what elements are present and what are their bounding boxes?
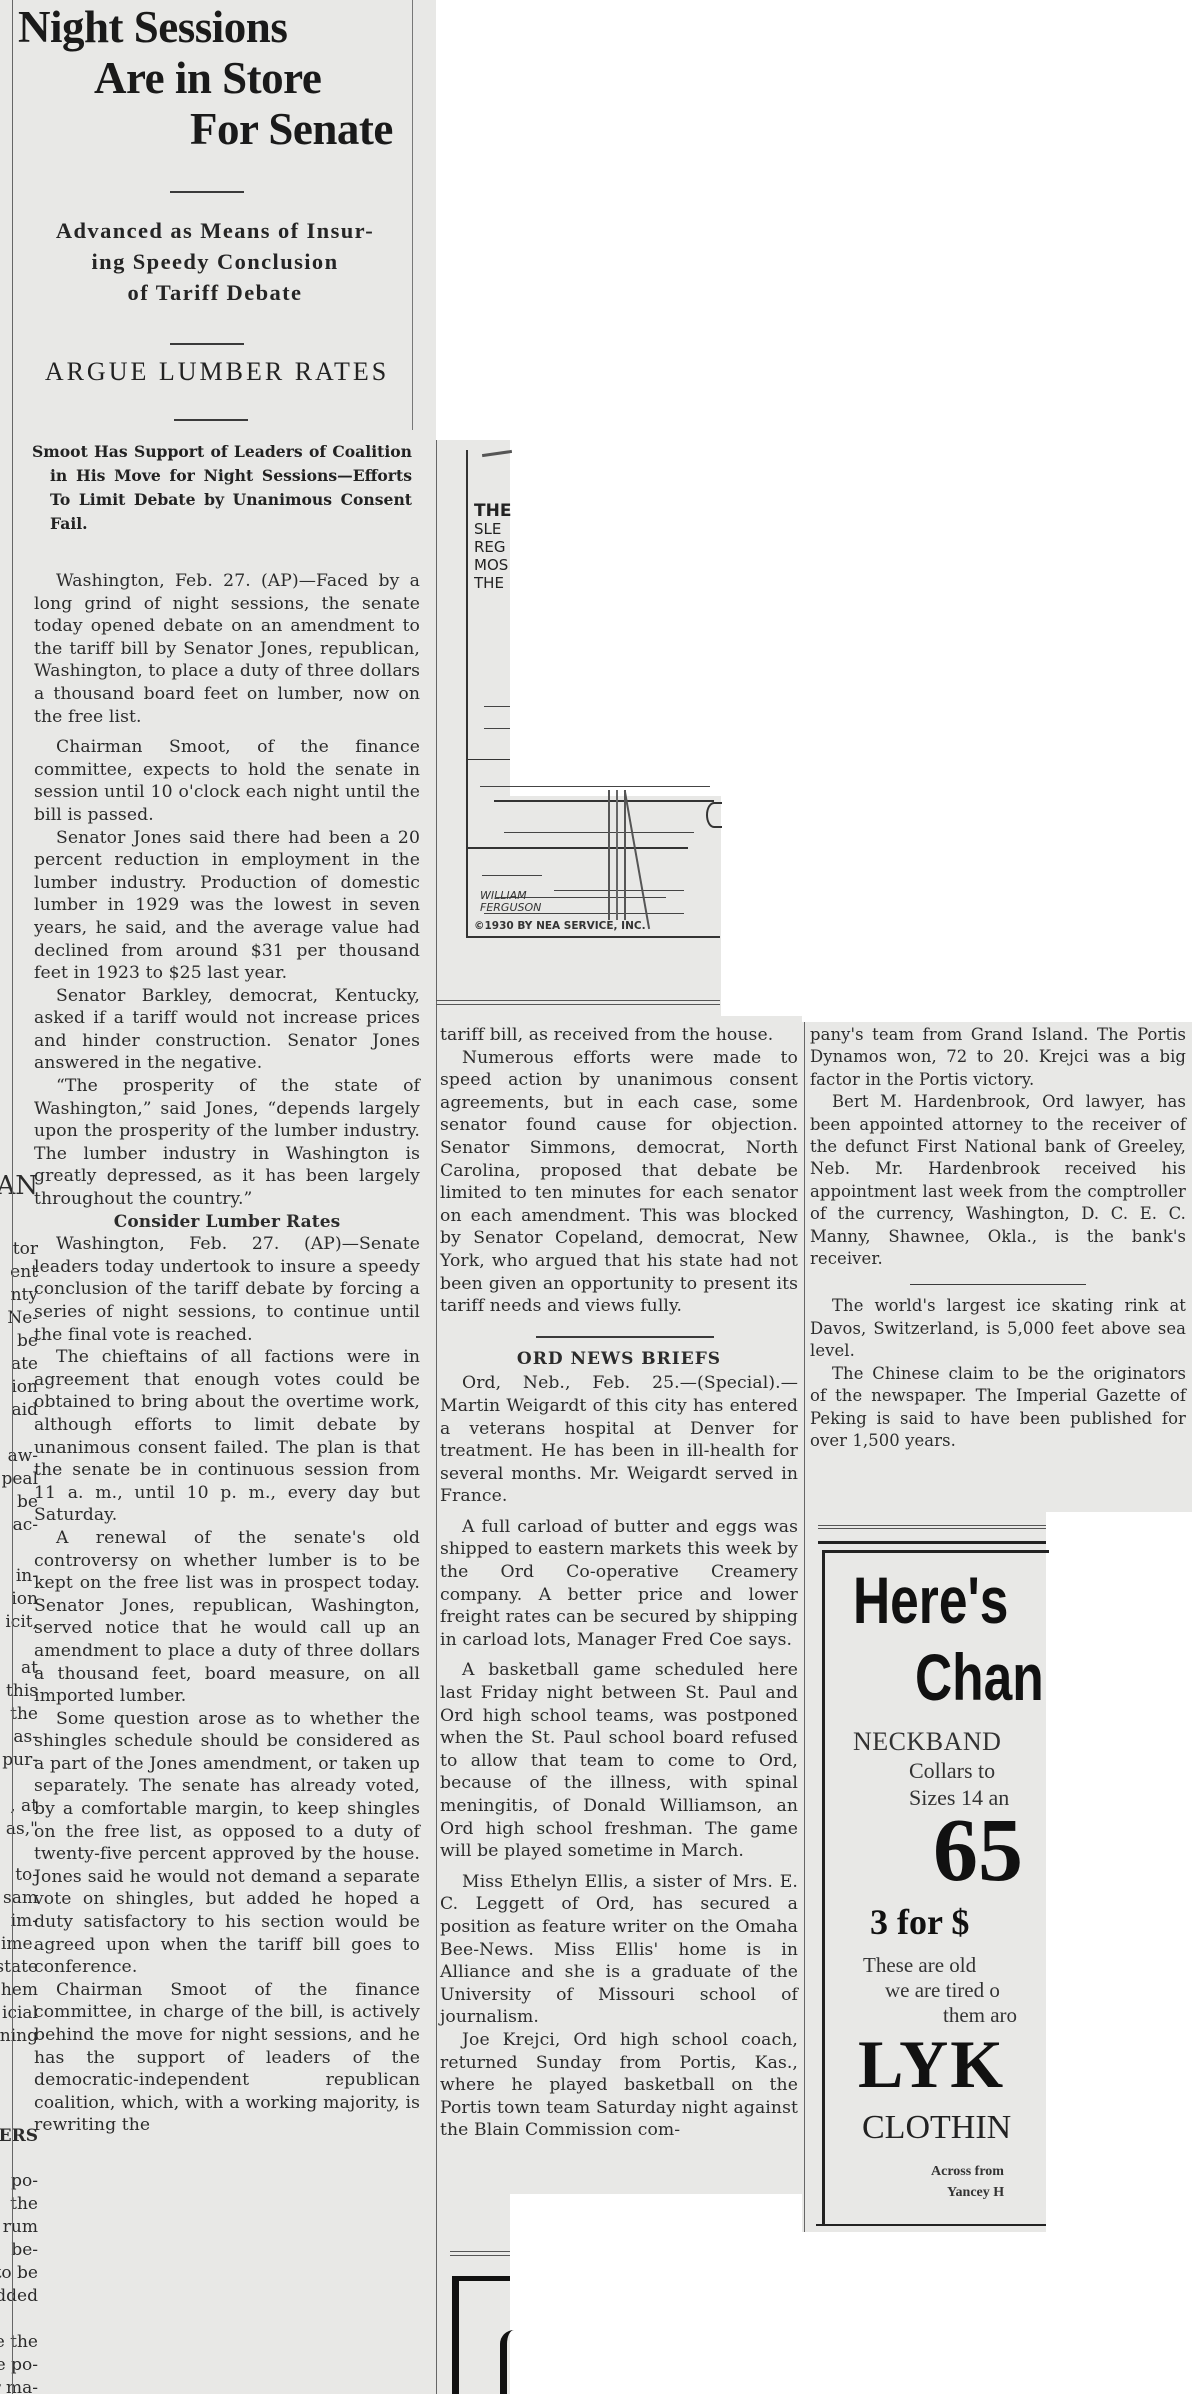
paragraph: Senator Barkley, democrat, Kentucky, ask…	[34, 985, 420, 1075]
cartoon-caption-line: THE	[474, 574, 514, 592]
ad-line-neckband: NECKBAND	[853, 1727, 1001, 1757]
bottom-double-rule	[450, 2255, 510, 2256]
ad-bottom-rule	[816, 2224, 1046, 2226]
paragraph: A renewal of the senate's old controvers…	[34, 1527, 420, 1708]
cartoon-caption: THE SLE REG MOS THE	[474, 502, 514, 592]
fragment-line: rum	[3, 2216, 38, 2238]
deck-line: Advanced as Means of Insur-	[20, 215, 410, 246]
paragraph: The chieftains of all factions were in a…	[34, 1346, 420, 1527]
news-brief: Joe Krejci, Ord high school coach, retur…	[440, 2029, 798, 2142]
column-rule-right	[804, 1022, 805, 2232]
paragraph: Numerous efforts were made to speed acti…	[440, 1047, 798, 1318]
next-box-glyph	[500, 2330, 521, 2394]
ad-headline-2: Chan	[915, 1644, 1044, 1710]
ad-line-collars: Collars to	[909, 1758, 995, 1784]
cartoon-panel: THE SLE REG MOS THE WILLIAM FERGUSON ©19…	[444, 450, 720, 1013]
article-body: Washington, Feb. 27. (AP)—Faced by a lon…	[34, 570, 420, 2137]
fragment-line: be-	[11, 2239, 38, 2261]
news-brief: Miss Ethelyn Ellis, a sister of Mrs. E. …	[440, 1871, 798, 2029]
filler-divider	[910, 1284, 1086, 1285]
news-brief: Ord, Neb., Feb. 25.—(Special).—Martin We…	[440, 1372, 798, 1508]
ad-headline-1: Here's	[853, 1567, 1008, 1633]
ad-deal: 3 for $	[870, 1901, 969, 1943]
cartoon-caption-line: REG	[474, 538, 514, 556]
caption-divider	[174, 419, 248, 421]
deck-line: of Tariff Debate	[20, 277, 410, 308]
ad-brand-2: CLOTHIN	[862, 2109, 1011, 2147]
paragraph: Washington, Feb. 27. (AP)—Faced by a lon…	[34, 570, 420, 728]
middle-column: tariff bill, as received from the house.…	[440, 1024, 798, 2142]
cartoon-double-rule	[436, 1004, 720, 1005]
advertisement: Here's Chan NECKBAND Collars to Sizes 14…	[822, 1550, 1049, 2225]
cartoon-border	[466, 450, 468, 937]
section-heading: ORD NEWS BRIEFS	[440, 1348, 798, 1371]
ad-double-rule	[818, 1528, 1046, 1529]
fragment-line: icial	[2, 2002, 38, 2024]
cartoon-copyright: ©1930 BY NEA SERVICE, INC.	[474, 920, 646, 932]
fragment-heading: AN	[0, 1175, 38, 1197]
news-brief: pany's team from Grand Island. The Porti…	[810, 1024, 1186, 1091]
cartoon-caption-line: MOS	[474, 556, 514, 574]
fragment-line: state	[0, 1956, 38, 1978]
news-brief: A full carload of butter and eggs was sh…	[440, 1516, 798, 1652]
ad-address-1: Across from	[931, 2164, 1004, 2180]
paragraph: Chairman Smoot of the finance committee,…	[34, 1979, 420, 2137]
cartoon-signature: WILLIAM FERGUSON	[480, 890, 550, 914]
deck: Advanced as Means of Insur- ing Speedy C…	[20, 215, 410, 308]
fragment-line: to be	[0, 2262, 38, 2284]
bottom-double-rule	[450, 2251, 510, 2252]
headline-divider	[170, 191, 244, 193]
cartoon-caption-line: SLE	[474, 520, 514, 538]
right-column: pany's team from Grand Island. The Porti…	[810, 1024, 1186, 1452]
fragment-line: peal	[1, 1468, 38, 1490]
cartoon-bottom-border	[466, 936, 720, 938]
fragment-line: the	[10, 2193, 38, 2215]
paragraph: Senator Jones said there had been a 20 p…	[34, 827, 420, 985]
paragraph: Washington, Feb. 27. (AP)—Senate leaders…	[34, 1233, 420, 1346]
deck-line: ing Speedy Conclusion	[20, 246, 410, 277]
paragraph: “The prosperity of the state of Washingt…	[34, 1075, 420, 1211]
news-brief: A basketball game scheduled here last Fr…	[440, 1659, 798, 1862]
sub-deck: Smoot Has Support of Leaders of Coalitio…	[32, 440, 412, 536]
fragment-line: added	[0, 2285, 38, 2307]
fragment-line: e the	[0, 2331, 38, 2353]
ad-top-rule	[818, 1541, 1046, 1544]
fragment-line: e po-	[0, 2354, 38, 2376]
ad-body-1: These are old	[863, 1953, 976, 1978]
filler-item: The world's largest ice skating rink at …	[810, 1295, 1186, 1362]
headline-line-2: Are in Store	[18, 53, 408, 104]
caption-head: ARGUE LUMBER RATES	[24, 357, 410, 387]
paragraph: tariff bill, as received from the house.	[440, 1024, 798, 1047]
ad-price: 65	[933, 1801, 1023, 1901]
ad-brand: LYK	[858, 2025, 1005, 2104]
deck-divider	[170, 343, 244, 345]
fragment-heading: ERS	[0, 2125, 38, 2147]
subhead: Consider Lumber Rates	[34, 1211, 420, 1234]
fragment-line: r ma-	[0, 2377, 38, 2394]
cartoon-caption-line: THE	[474, 502, 514, 520]
ad-body-2: we are tired o	[885, 1978, 1000, 2003]
fragment-line: pur-	[2, 1749, 38, 1771]
fragment-line: ning	[0, 2025, 38, 2047]
fragment-line: po-	[11, 2170, 38, 2192]
headline-line-1: Night Sessions	[18, 2, 408, 53]
fragment-line: sam	[3, 1887, 38, 1909]
headline-line-3: For Senate	[18, 104, 408, 155]
fragment-line: hem	[1, 1979, 38, 2001]
cartoon-squiggle	[482, 450, 512, 457]
section-divider	[536, 1336, 714, 1338]
filler-item: The Chinese claim to be the originators …	[810, 1363, 1186, 1453]
column-rule-middle	[436, 440, 437, 2394]
column-rule-left	[12, 0, 13, 2394]
paragraph: Some question arose as to whether the sh…	[34, 1708, 420, 1979]
headline: Night Sessions Are in Store For Senate	[18, 2, 408, 155]
cartoon-double-rule	[436, 1000, 720, 1001]
ad-double-rule	[818, 1525, 1046, 1526]
paragraph: Chairman Smoot, of the finance committee…	[34, 736, 420, 826]
fragment-line: ime.	[1, 1933, 38, 1955]
column-rule-story-right	[412, 0, 413, 430]
ad-address-2: Yancey H	[947, 2185, 1004, 2201]
news-brief: Bert M. Hardenbrook, Ord lawyer, has bee…	[810, 1091, 1186, 1270]
